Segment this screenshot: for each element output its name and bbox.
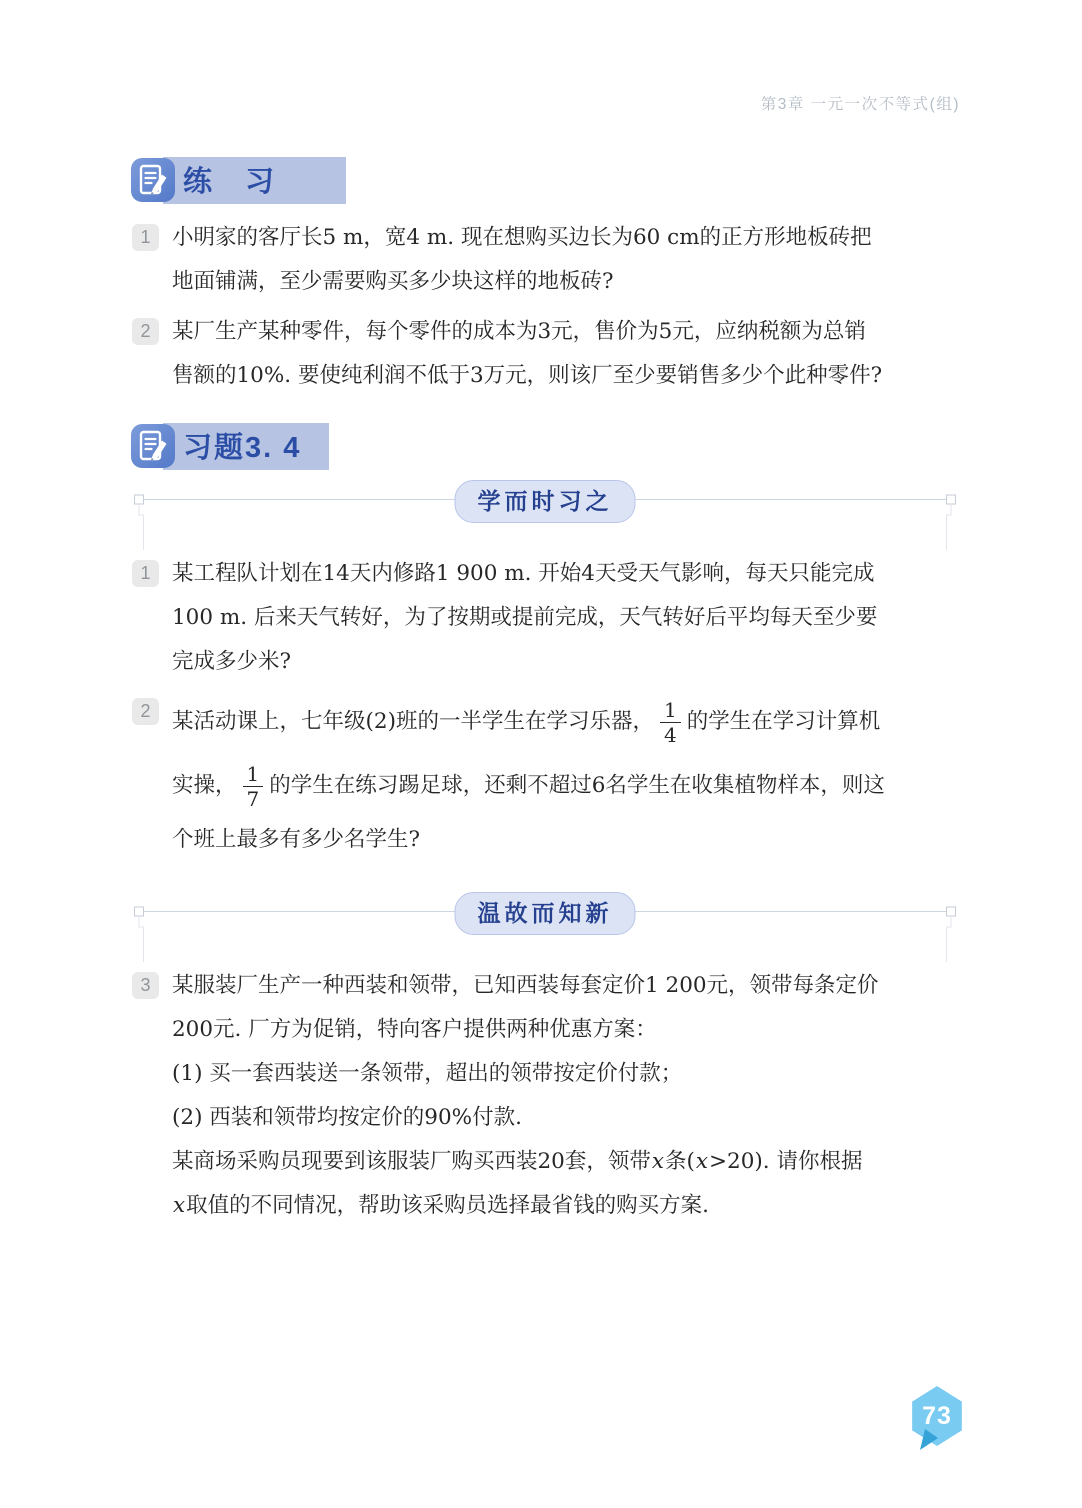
problem-line: 某活动课上，七年级(2)班的一半学生在学习乐器，14的学生在学习计算机	[172, 690, 960, 754]
problem-line: 某厂生产某种零件，每个零件的成本为3元，售价为5元，应纳税额为总销	[172, 310, 960, 354]
math-variable: x	[695, 1149, 709, 1174]
problem-line: 某工程队计划在14天内修路1 900 m. 开始4天受天气影响，每天只能完成	[172, 552, 960, 596]
problem-line: 售额的10%. 要使纯利润不低于3万元，则该厂至少要销售多少个此种零件?	[172, 354, 960, 398]
text-segment: 取值的不同情况，帮助该采购员选择最省钱的购买方案.	[186, 1193, 709, 1218]
practice-problem-2: 2 某厂生产某种零件，每个零件的成本为3元，售价为5元，应纳税额为总销 售额的1…	[130, 310, 960, 398]
problem-line: (1) 买一套西装送一条领带，超出的领带按定价付款；	[172, 1052, 960, 1096]
text-segment: 某厂生产某种零件，每个零件的成本为3元，售价为5元，应纳税额为总销	[172, 319, 866, 344]
edit-note-icon	[130, 423, 176, 469]
learn-banner-row: 学而时习之	[130, 480, 960, 522]
fraction: 14	[660, 699, 681, 746]
practice-title-highlight: 练 习	[163, 157, 346, 204]
problem-line: 某服装厂生产一种西装和领带，已知西装每套定价1 200元，领带每条定价	[172, 964, 960, 1008]
math-variable: x	[172, 1193, 186, 1218]
problem-line: (2) 西装和领带均按定价的90%付款.	[172, 1096, 960, 1140]
text-segment: (2) 西装和领带均按定价的90%付款.	[172, 1105, 522, 1130]
text-segment: >20). 请你根据	[709, 1149, 862, 1174]
problem-line: 个班上最多有多少名学生?	[172, 818, 960, 862]
text-segment: 个班上最多有多少名学生?	[172, 827, 420, 852]
practice-title-label: 练 习	[183, 166, 276, 198]
fraction-denominator: 7	[247, 787, 260, 810]
problem-number-badge: 1	[132, 224, 159, 251]
text-segment: 的学生在练习踢足球，还剩不超过6名学生在收集植物样本，则这	[269, 771, 885, 800]
exercise-title-label: 习题3. 4	[183, 432, 301, 464]
text-segment: 实操，	[172, 771, 237, 800]
problem-number-badge: 2	[132, 318, 159, 345]
practice-section-title: 练 习	[130, 156, 960, 204]
text-segment: 的学生在学习计算机	[687, 707, 881, 736]
exercise-problem-2: 2 某活动课上，七年级(2)班的一半学生在学习乐器，14的学生在学习计算机 实操…	[130, 690, 960, 862]
practice-problem-1: 1 小明家的客厅长5 m，宽4 m. 现在想购买边长为60 cm的正方形地板砖把…	[130, 216, 960, 304]
frame-corner-right	[937, 492, 959, 552]
math-variable: x	[651, 1149, 665, 1174]
text-segment: 200元. 厂方为促销，特向客户提供两种优惠方案：	[172, 1017, 657, 1042]
text-segment: 某商场采购员现要到该服装厂购买西装20套，领带	[172, 1149, 651, 1174]
exercise-problem-1: 1 某工程队计划在14天内修路1 900 m. 开始4天受天气影响，每天只能完成…	[130, 552, 960, 684]
textbook-page: 第3章 一元一次不等式(组)	[0, 0, 1082, 1508]
fraction-numerator: 1	[660, 699, 681, 723]
problem-number-badge: 1	[132, 560, 159, 587]
page-number-badge: 73	[910, 1386, 964, 1446]
problem-line: 地面铺满，至少需要购买多少块这样的地板砖?	[172, 260, 960, 304]
fraction-denominator: 4	[664, 723, 677, 746]
problem-text: 某厂生产某种零件，每个零件的成本为3元，售价为5元，应纳税额为总销 售额的10%…	[172, 310, 960, 398]
fraction-numerator: 1	[243, 763, 264, 787]
fraction: 17	[243, 763, 264, 810]
problem-text: 某工程队计划在14天内修路1 900 m. 开始4天受天气影响，每天只能完成 1…	[172, 552, 960, 684]
problem-text: 某活动课上，七年级(2)班的一半学生在学习乐器，14的学生在学习计算机 实操，1…	[172, 690, 960, 862]
exercise-problem-3: 3 某服装厂生产一种西装和领带，已知西装每套定价1 200元，领带每条定价 20…	[130, 964, 960, 1228]
learn-problems-group: 1 某工程队计划在14天内修路1 900 m. 开始4天受天气影响，每天只能完成…	[130, 552, 960, 862]
text-segment: (1) 买一套西装送一条领带，超出的领带按定价付款；	[172, 1061, 682, 1086]
problem-text: 小明家的客厅长5 m，宽4 m. 现在想购买边长为60 cm的正方形地板砖把 地…	[172, 216, 960, 304]
text-segment: 完成多少米?	[172, 649, 291, 674]
frame-corner-left	[131, 492, 153, 552]
frame-corner-left	[131, 904, 153, 964]
text-segment: 小明家的客厅长5 m，宽4 m. 现在想购买边长为60 cm的正方形地板砖把	[172, 225, 872, 250]
problem-line: 200元. 厂方为促销，特向客户提供两种优惠方案：	[172, 1008, 960, 1052]
text-segment: 某服装厂生产一种西装和领带，已知西装每套定价1 200元，领带每条定价	[172, 973, 879, 998]
problem-number-badge: 3	[132, 972, 159, 999]
problem-text: 某服装厂生产一种西装和领带，已知西装每套定价1 200元，领带每条定价 200元…	[172, 964, 960, 1228]
learn-banner-pill: 学而时习之	[455, 480, 636, 523]
text-segment: 某工程队计划在14天内修路1 900 m. 开始4天受天气影响，每天只能完成	[172, 561, 874, 586]
problem-line: 完成多少米?	[172, 640, 960, 684]
review-banner-pill: 温故而知新	[455, 892, 636, 935]
text-segment: 售额的10%. 要使纯利润不低于3万元，则该厂至少要销售多少个此种零件?	[172, 363, 882, 388]
frame-corner-right	[937, 904, 959, 964]
problem-line: 100 m. 后来天气转好，为了按期或提前完成，天气转好后平均每天至少要	[172, 596, 960, 640]
review-banner-row: 温故而知新	[130, 892, 960, 934]
edit-note-icon	[130, 157, 176, 203]
problem-number-badge: 2	[132, 698, 159, 725]
problem-line: 实操，17的学生在练习踢足球，还剩不超过6名学生在收集植物样本，则这	[172, 754, 960, 818]
exercise-title-highlight: 习题3. 4	[163, 423, 329, 470]
text-segment: 条(	[665, 1149, 695, 1174]
text-segment: 地面铺满，至少需要购买多少块这样的地板砖?	[172, 269, 614, 294]
problem-line: 小明家的客厅长5 m，宽4 m. 现在想购买边长为60 cm的正方形地板砖把	[172, 216, 960, 260]
text-segment: 100 m. 后来天气转好，为了按期或提前完成，天气转好后平均每天至少要	[172, 605, 877, 630]
exercise-section-title: 习题3. 4	[130, 422, 960, 470]
page-badge-tail-icon	[918, 1427, 940, 1455]
review-problems-group: 3 某服装厂生产一种西装和领带，已知西装每套定价1 200元，领带每条定价 20…	[130, 964, 960, 1228]
problem-line: 某商场采购员现要到该服装厂购买西装20套，领带x条(x>20). 请你根据	[172, 1140, 960, 1184]
page-content: 练 习 1 小明家的客厅长5 m，宽4 m. 现在想购买边长为60 cm的正方形…	[130, 0, 960, 1228]
text-segment: 某活动课上，七年级(2)班的一半学生在学习乐器，	[172, 707, 654, 736]
problem-line: x取值的不同情况，帮助该采购员选择最省钱的购买方案.	[172, 1184, 960, 1228]
